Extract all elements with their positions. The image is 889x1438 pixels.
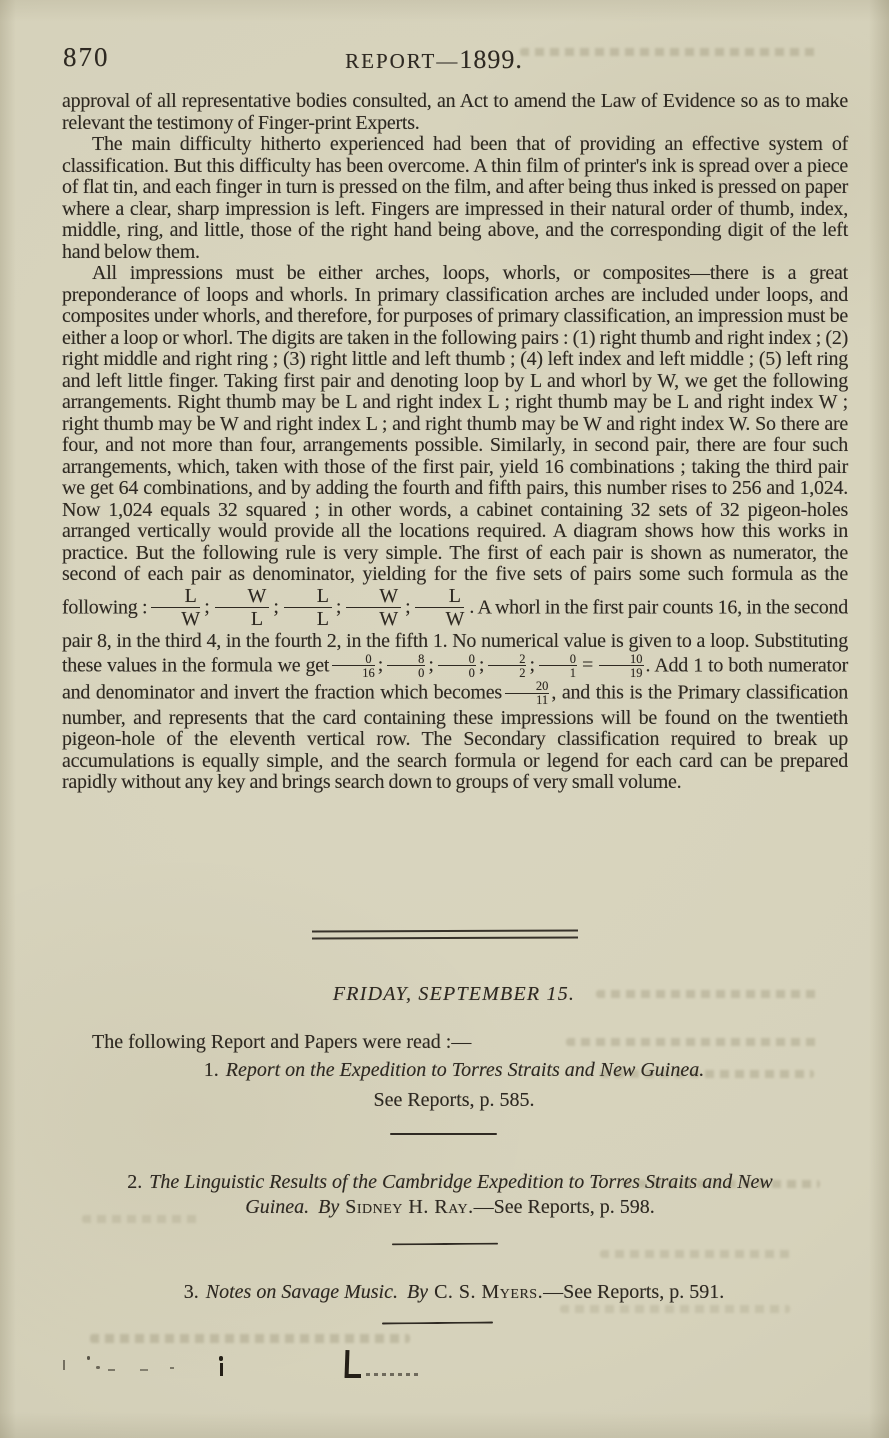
paragraph-classification-difficulty: The main difficulty hitherto experienced… — [62, 134, 848, 263]
paper-item-1: 1.Report on the Expedition to Torres Str… — [62, 1058, 846, 1083]
ink-smudge — [170, 1367, 174, 1369]
running-title-year: 1899. — [459, 45, 523, 74]
papers-read-intro: The following Report and Papers were rea… — [92, 1030, 471, 1055]
bleedthrough-ghost — [520, 48, 820, 56]
paper-3-number: 3. — [184, 1281, 199, 1303]
ink-smudge — [108, 1369, 115, 1371]
paragraph-impressions-text-1: All impressions must be either arches, l… — [62, 262, 848, 618]
ink-bracket-foot — [345, 1374, 361, 1378]
bleedthrough-ghost — [566, 1038, 820, 1046]
equals-sign: = — [582, 654, 593, 676]
fraction-separator: ; — [405, 596, 410, 618]
bleedthrough-ghost — [90, 1334, 410, 1343]
ink-mark-stem — [220, 1363, 223, 1376]
fraction-WW: WW — [346, 586, 401, 630]
paper-1-number: 1. — [204, 1059, 219, 1081]
ink-mark-dot — [219, 1356, 223, 1361]
paper-item-2: 2.The Linguistic Results of the Cambridg… — [76, 1170, 824, 1220]
paper-1-reference: See Reports, p. 585. — [62, 1088, 846, 1113]
fraction-separator: ; — [479, 654, 484, 676]
fraction-2-2: 22 — [488, 653, 526, 680]
ink-dotted-trail — [366, 1373, 422, 1376]
bleedthrough-ghost — [596, 990, 820, 998]
body-text: approval of all representative bodies co… — [62, 91, 848, 794]
fraction-8-0: 80 — [387, 653, 425, 680]
item-divider-rule — [390, 1133, 497, 1135]
paper-2-reference: —See Reports, p. 598. — [474, 1196, 655, 1218]
fraction-20-11: 2011 — [505, 680, 550, 707]
paper-3-title: Notes on Savage Music. — [206, 1281, 398, 1303]
fraction-0-0: 00 — [438, 653, 476, 680]
ink-smudge — [96, 1366, 100, 1369]
fraction-0-16: 016 — [332, 653, 375, 680]
item-divider-rule — [392, 1243, 498, 1246]
fraction-separator: ; — [378, 654, 383, 676]
fraction-separator: ; — [428, 654, 433, 676]
paper-2-author: Sidney H. Ray. — [345, 1196, 473, 1218]
fraction-separator: ; — [204, 596, 209, 618]
item-divider-rule — [382, 1322, 493, 1325]
fraction-separator: ; — [529, 654, 534, 676]
ink-smudge — [140, 1369, 148, 1371]
fraction-0-1: 01 — [539, 653, 577, 680]
formula-period: . — [469, 596, 474, 618]
section-divider-double-rule — [312, 930, 578, 940]
paper-3-by-label: By — [407, 1281, 428, 1303]
paper-3-reference: —See Reports, p. 591. — [543, 1281, 724, 1303]
paper-3-author: C. S. Myers. — [434, 1281, 543, 1303]
fraction-LL: LL — [284, 586, 332, 630]
running-title-word: REPORT— — [345, 49, 459, 73]
paper-2-number: 2. — [127, 1171, 142, 1193]
fraction-separator: ; — [273, 596, 278, 618]
ink-smudge — [87, 1356, 90, 1360]
paper-2-by-label: By — [318, 1196, 339, 1218]
fraction-LW-2: LW — [415, 586, 464, 630]
fraction-LW-1: LW — [151, 586, 200, 630]
paper-item-3: 3.Notes on Savage Music.ByC. S. Myers.—S… — [62, 1280, 846, 1305]
fraction-separator: ; — [336, 596, 341, 618]
bleedthrough-ghost — [560, 1305, 790, 1313]
bleedthrough-ghost — [600, 1250, 790, 1258]
fraction-WL: WL — [215, 586, 270, 630]
fraction-10-19: 1019 — [599, 653, 644, 680]
ink-smudge — [63, 1360, 65, 1370]
paper-1-title: Report on the Expedition to Torres Strai… — [226, 1059, 705, 1081]
paragraph-continuation: approval of all representative bodies co… — [62, 91, 848, 134]
paragraph-impressions: All impressions must be either arches, l… — [62, 263, 848, 794]
scanned-report-page: 870 REPORT—1899. approval of all represe… — [0, 0, 889, 1438]
